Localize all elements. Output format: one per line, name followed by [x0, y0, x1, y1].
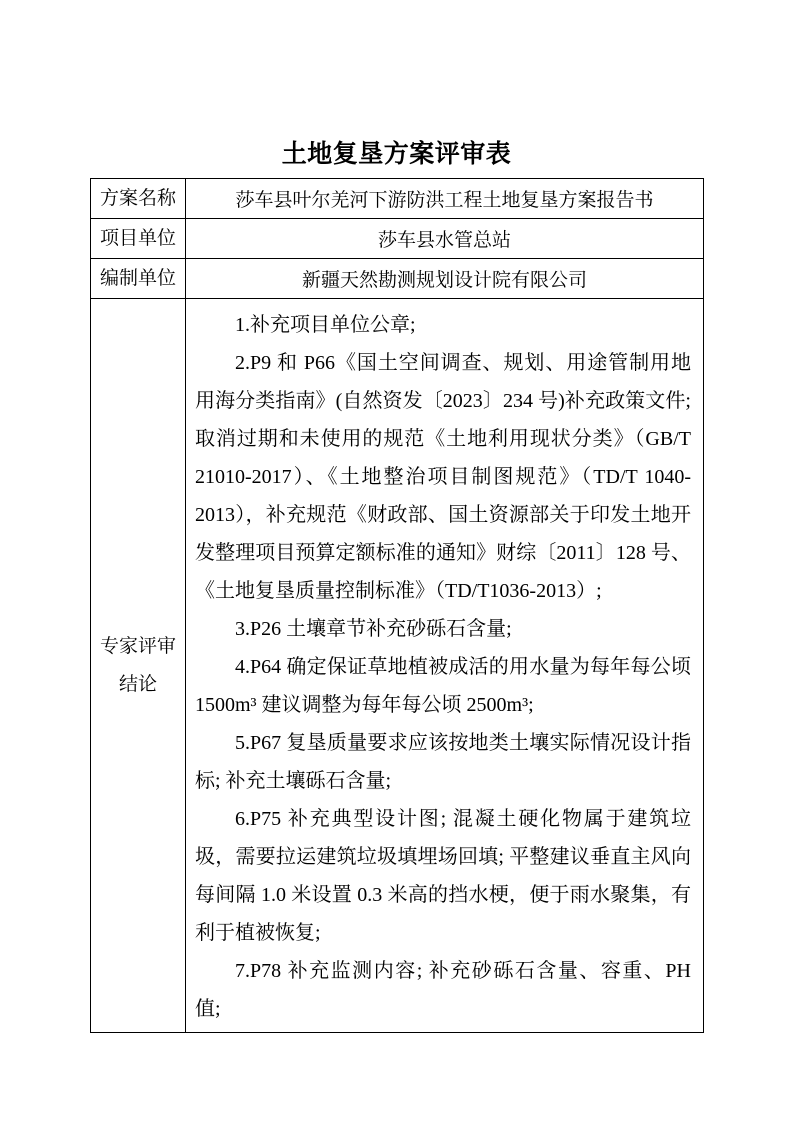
- row-label-expert-review-conclusion: 专家评审结论: [91, 299, 186, 1033]
- review-item-2: 2.P9 和 P66《国土空间调查、规划、用途管制用地用海分类指南》(自然资发〔…: [195, 344, 691, 610]
- table-row-expert-review: 专家评审结论 1.补充项目单位公章; 2.P9 和 P66《国土空间调查、规划、…: [91, 299, 704, 1033]
- review-item-5: 5.P67 复垦质量要求应该按地类土壤实际情况设计指标; 补充土壤砾石含量;: [195, 724, 691, 800]
- row-label-project-unit: 项目单位: [91, 219, 186, 259]
- document-title: 土地复垦方案评审表: [0, 139, 793, 171]
- review-item-1: 1.补充项目单位公章;: [195, 306, 691, 344]
- table-row-project-unit: 项目单位 莎车县水管总站: [91, 219, 704, 259]
- review-item-4: 4.P64 确定保证草地植被成活的用水量为每年每公顷 1500m³ 建议调整为每…: [195, 648, 691, 724]
- review-item-6: 6.P75 补充典型设计图; 混凝土硬化物属于建筑垃圾，需要拉运建筑垃圾填埋场回…: [195, 800, 691, 952]
- expert-review-conclusion-content: 1.补充项目单位公章; 2.P9 和 P66《国土空间调查、规划、用途管制用地用…: [186, 299, 704, 1033]
- row-label-compiling-unit: 编制单位: [91, 259, 186, 299]
- table-row-compiling-unit: 编制单位 新疆天然勘测规划设计院有限公司: [91, 259, 704, 299]
- row-value-project-unit: 莎车县水管总站: [186, 219, 704, 259]
- row-value-compiling-unit: 新疆天然勘测规划设计院有限公司: [186, 259, 704, 299]
- review-item-7: 7.P78 补充监测内容; 补充砂砾石含量、容重、PH 值;: [195, 952, 691, 1028]
- review-item-3: 3.P26 土壤章节补充砂砾石含量;: [195, 610, 691, 648]
- review-table: 方案名称 莎车县叶尔羌河下游防洪工程土地复垦方案报告书 项目单位 莎车县水管总站…: [90, 178, 704, 1033]
- row-label-plan-name: 方案名称: [91, 179, 186, 219]
- table-row-plan-name: 方案名称 莎车县叶尔羌河下游防洪工程土地复垦方案报告书: [91, 179, 704, 219]
- document-page: 土地复垦方案评审表 方案名称 莎车县叶尔羌河下游防洪工程土地复垦方案报告书 项目…: [0, 0, 793, 1122]
- row-value-plan-name: 莎车县叶尔羌河下游防洪工程土地复垦方案报告书: [186, 179, 704, 219]
